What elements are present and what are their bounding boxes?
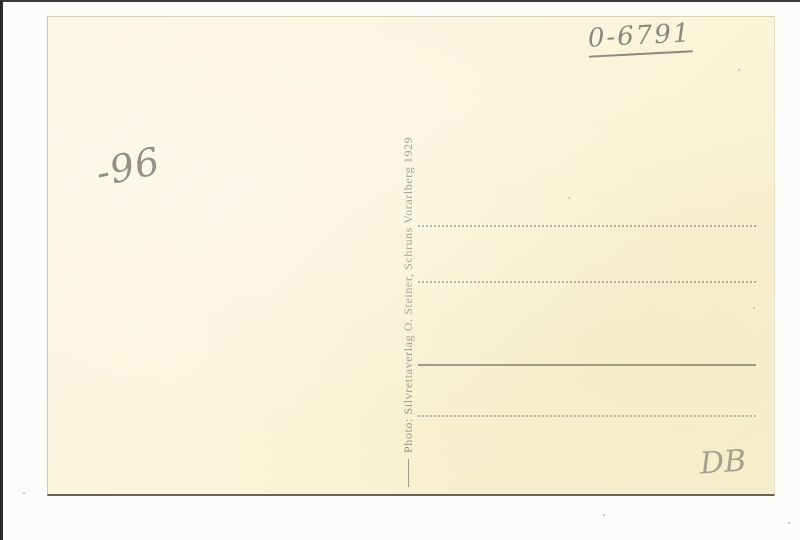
address-line-1 — [418, 225, 756, 227]
publisher-divider: Photo: Silvrettaverlag O. Steiner, Schru… — [399, 77, 417, 487]
paper-speck — [738, 69, 740, 71]
address-line-4 — [418, 415, 756, 417]
paper-speck — [788, 522, 790, 524]
paper-speck — [23, 492, 25, 494]
address-line-2 — [418, 281, 756, 283]
address-line-3 — [418, 364, 756, 366]
price-mark-handwriting: -96 — [92, 139, 164, 195]
paper-speck — [568, 197, 570, 199]
paper-speck — [603, 514, 605, 516]
catalog-number-handwriting: 0-6791 — [587, 18, 692, 57]
publisher-credit: Photo: Silvrettaverlag O. Steiner, Schru… — [401, 137, 416, 453]
initials-handwriting: DB — [699, 443, 747, 481]
divider-rule — [408, 459, 409, 487]
postcard-back: 0-6791 -96 Photo: Silvrettaverlag O. Ste… — [47, 16, 775, 496]
paper-speck — [753, 307, 755, 309]
scan-background: 0-6791 -96 Photo: Silvrettaverlag O. Ste… — [0, 0, 800, 540]
